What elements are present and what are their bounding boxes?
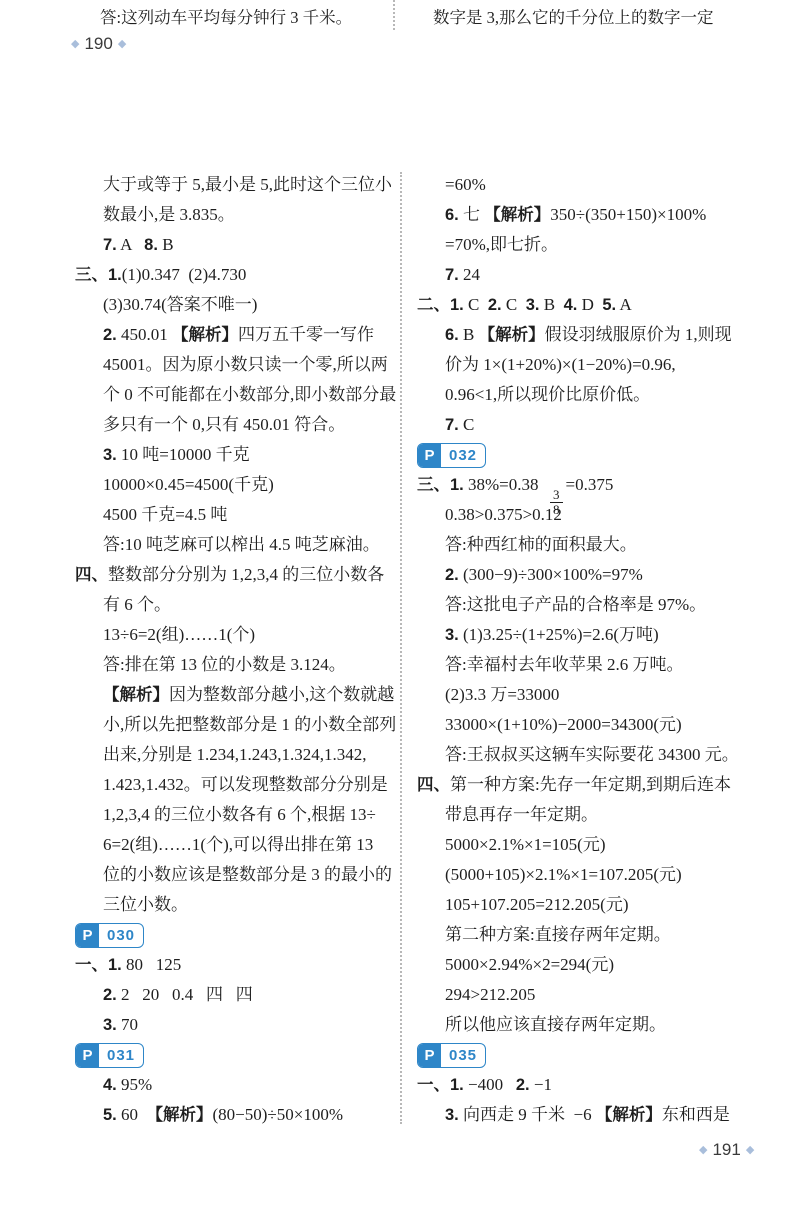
section-marker: 一、: [417, 1076, 450, 1094]
text-run: 38%=0.38: [464, 475, 547, 494]
content-line: 6=2(组)……1(个),可以得出排在第 13: [75, 830, 397, 860]
content-line: 多只有一个 0,只有 450.01 符合。: [75, 410, 397, 440]
content-line: 小,所以先把整数部分是 1 的小数全部列: [75, 710, 397, 740]
answers-column-right: =60%6. 七 【解析】350÷(350+150)×100%=70%,即七折。…: [417, 170, 765, 1130]
page-ref-badge-pill: P032: [417, 443, 486, 468]
text-run: =0.375: [566, 475, 614, 494]
text-run: (2)3.3 万=33000: [445, 685, 559, 704]
text-run: 60: [117, 1105, 147, 1124]
content-line: 5. 60 【解析】(80−50)÷50×100%: [75, 1100, 397, 1130]
page-ref-badge: P035: [417, 1040, 765, 1070]
text-run: 答:幸福村去年收苹果 2.6 万吨。: [445, 655, 683, 674]
text-run: 出来,分别是 1.234,1.243,1.324,1.342,: [103, 745, 367, 764]
diamond-icon: ◆: [66, 38, 84, 50]
content-line: 三、1. 38%=0.38 38=0.375: [417, 470, 765, 500]
text-run: 10 吨=10000 千克: [117, 445, 250, 464]
text-run: =70%,即七折。: [445, 235, 558, 254]
bold-run: 【解析】: [103, 686, 169, 704]
content-line: 数最小,是 3.835。: [75, 200, 397, 230]
page-ref-badge: P031: [75, 1040, 397, 1070]
text-run: 24: [459, 265, 480, 284]
text-run: 整数部分分别为 1,2,3,4 的三位小数各: [108, 565, 384, 584]
content-line: 2. 450.01 【解析】四万五千零一写作: [75, 320, 397, 350]
text-run: (80−50)÷50×100%: [213, 1105, 344, 1124]
page-ref-badge: P032: [417, 440, 765, 470]
text-run: 答:排在第 13 位的小数是 3.124。: [103, 655, 346, 674]
content-line: 6. 七 【解析】350÷(350+150)×100%: [417, 200, 765, 230]
badge-p-icon: P: [76, 1044, 99, 1067]
content-line: 所以他应该直接存两年定期。: [417, 1010, 765, 1040]
text-run: 假设羽绒服原价为 1,则现: [545, 325, 732, 344]
content-line: 1.423,1.432。可以发现整数部分分别是: [75, 770, 397, 800]
content-line: 二、1. C 2. C 3. B 4. D 5. A: [417, 290, 765, 320]
text-run: (1)0.347 (2)4.730: [122, 265, 247, 284]
text-run: 七: [459, 205, 485, 224]
content-line: 一、1. 80 125: [75, 950, 397, 980]
badge-p-icon: P: [418, 1044, 441, 1067]
bold-run: 3.: [526, 296, 540, 314]
text-run: 0.38>0.375>0.12: [445, 505, 562, 524]
content-line: (3)30.74(答案不唯一): [75, 290, 397, 320]
text-run: 多只有一个 0,只有 450.01 符合。: [103, 415, 345, 434]
bold-run: 5.: [103, 1106, 117, 1124]
text-run: −400: [464, 1075, 516, 1094]
text-run: 1,2,3,4 的三位小数各有 6 个,根据 13÷: [103, 805, 376, 824]
bold-run: 【解析】: [172, 326, 238, 344]
bold-run: 【解析】: [596, 1106, 662, 1124]
text-run: 6=2(组)……1(个),可以得出排在第 13: [103, 835, 373, 854]
content-line: =70%,即七折。: [417, 230, 765, 260]
bold-run: 2.: [488, 296, 502, 314]
bold-run: 1.: [450, 1076, 464, 1094]
text-run: 350÷(350+150)×100%: [550, 205, 706, 224]
content-line: 4500 千克=4.5 吨: [75, 500, 397, 530]
text-run: 5000×2.1%×1=105(元): [445, 835, 606, 854]
diamond-icon: ◆: [741, 1144, 759, 1156]
page-number-bottom: ◆191◆: [694, 1140, 759, 1160]
text-run: 10000×0.45=4500(千克): [103, 475, 274, 494]
bold-run: 【解析】: [484, 206, 550, 224]
bold-run: 5.: [602, 296, 616, 314]
content-line: 出来,分别是 1.234,1.243,1.324,1.342,: [75, 740, 397, 770]
bold-run: 【解析】: [479, 326, 545, 344]
text-run: 有 6 个。: [103, 595, 171, 614]
bold-run: 3.: [103, 446, 117, 464]
content-line: 个 0 不可能都在小数部分,即小数部分最: [75, 380, 397, 410]
text-run: A: [616, 295, 632, 314]
content-line: 位的小数应该是整数部分是 3 的最小的: [75, 860, 397, 890]
text-run: 第一种方案:先存一年定期,到期后连本: [450, 775, 731, 794]
content-line: 0.38>0.375>0.12: [417, 500, 765, 530]
text-run: A: [117, 235, 144, 254]
bold-run: 6.: [445, 326, 459, 344]
bold-run: 7.: [103, 236, 117, 254]
text-run: 小,所以先把整数部分是 1 的小数全部列: [103, 715, 396, 734]
content-line: 答:这批电子产品的合格率是 97%。: [417, 590, 765, 620]
content-line: 294>212.205: [417, 980, 765, 1010]
text-run: 答:种西红柿的面积最大。: [445, 535, 637, 554]
section-marker: 三、: [75, 266, 108, 284]
content-line: 6. B 【解析】假设羽绒服原价为 1,则现: [417, 320, 765, 350]
content-line: 四、第一种方案:先存一年定期,到期后连本: [417, 770, 765, 800]
text-run: 东和西是: [662, 1105, 730, 1124]
text-run: −1: [530, 1075, 552, 1094]
text-run: D: [577, 295, 602, 314]
bold-run: 4.: [103, 1076, 117, 1094]
content-line: 三、1.(1)0.347 (2)4.730: [75, 260, 397, 290]
bold-run: 2.: [103, 986, 117, 1004]
text-run: 答:10 吨芝麻可以榨出 4.5 吨芝麻油。: [103, 535, 380, 554]
section-marker: 二、: [417, 296, 450, 314]
page-ref-badge: P030: [75, 920, 397, 950]
text-run: 105+107.205=212.205(元): [445, 895, 629, 914]
bold-run: 3.: [103, 1016, 117, 1034]
page-number-top: ◆190◆: [66, 34, 131, 54]
text-run: (5000+105)×2.1%×1=107.205(元): [445, 865, 682, 884]
text-run: 33000×(1+10%)−2000=34300(元): [445, 715, 682, 734]
content-line: 3. (1)3.25÷(1+25%)=2.6(万吨): [417, 620, 765, 650]
content-line: (2)3.3 万=33000: [417, 680, 765, 710]
page-ref-badge-pill: P031: [75, 1043, 144, 1068]
bold-run: 7.: [445, 266, 459, 284]
section-marker: 一、: [75, 956, 108, 974]
text-run: 4500 千克=4.5 吨: [103, 505, 227, 524]
column-divider-top: [393, 0, 395, 30]
header-carryover-left: 答:这列动车平均每分钟行 3 千米。: [100, 4, 352, 28]
bold-run: 3.: [445, 1106, 459, 1124]
bold-run: 2.: [445, 566, 459, 584]
content-line: 答:王叔叔买这辆车实际要花 34300 元。: [417, 740, 765, 770]
text-run: 13÷6=2(组)……1(个): [103, 625, 255, 644]
text-run: B: [539, 295, 563, 314]
page-number-bottom-value: 191: [712, 1140, 740, 1159]
diamond-icon: ◆: [113, 38, 131, 50]
bold-run: 4.: [564, 296, 578, 314]
content-line: 33000×(1+10%)−2000=34300(元): [417, 710, 765, 740]
content-line: 三位小数。: [75, 890, 397, 920]
section-marker: 四、: [417, 776, 450, 794]
content-line: 7. 24: [417, 260, 765, 290]
diamond-icon: ◆: [694, 1144, 712, 1156]
content-line: 有 6 个。: [75, 590, 397, 620]
bold-run: 1.: [450, 476, 464, 494]
text-run: 数最小,是 3.835。: [103, 205, 235, 224]
text-run: 位的小数应该是整数部分是 3 的最小的: [103, 865, 392, 884]
content-line: 答:种西红柿的面积最大。: [417, 530, 765, 560]
answers-column-left: 大于或等于 5,最小是 5,此时这个三位小数最小,是 3.835。7. A 8.…: [75, 170, 397, 1130]
content-line: 大于或等于 5,最小是 5,此时这个三位小: [75, 170, 397, 200]
text-run: 2 20 0.4 四 四: [117, 985, 253, 1004]
badge-p-icon: P: [76, 924, 99, 947]
content-line: 5000×2.94%×2=294(元): [417, 950, 765, 980]
content-line: 答:幸福村去年收苹果 2.6 万吨。: [417, 650, 765, 680]
page-number-top-value: 190: [84, 34, 112, 53]
content-line: 第二种方案:直接存两年定期。: [417, 920, 765, 950]
text-run: =60%: [445, 175, 486, 194]
text-run: 价为 1×(1+20%)×(1−20%)=0.96,: [445, 355, 676, 374]
badge-page-number: 030: [99, 924, 143, 947]
page-ref-badge-pill: P035: [417, 1043, 486, 1068]
bold-run: 1.: [450, 296, 464, 314]
content-line: =60%: [417, 170, 765, 200]
badge-page-number: 032: [441, 444, 485, 467]
text-run: 5000×2.94%×2=294(元): [445, 955, 614, 974]
content-line: 2. 2 20 0.4 四 四: [75, 980, 397, 1010]
section-marker: 三、: [417, 476, 450, 494]
text-run: 1.423,1.432。可以发现整数部分分别是: [103, 775, 388, 794]
workbook-answer-page: 答:这列动车平均每分钟行 3 千米。 数字是 3,那么它的千分位上的数字一定 ◆…: [0, 0, 790, 1232]
text-run: C: [502, 295, 526, 314]
text-run: 带息再存一年定期。: [445, 805, 598, 824]
bold-run: 1.: [108, 956, 122, 974]
text-run: 95%: [117, 1075, 152, 1094]
content-line: 2. (300−9)÷300×100%=97%: [417, 560, 765, 590]
text-run: 三位小数。: [103, 895, 188, 914]
text-run: 70: [117, 1015, 138, 1034]
text-run: 450.01: [117, 325, 172, 344]
content-line: 3. 70: [75, 1010, 397, 1040]
content-line: 5000×2.1%×1=105(元): [417, 830, 765, 860]
text-run: 大于或等于 5,最小是 5,此时这个三位小: [103, 175, 392, 194]
content-line: 答:10 吨芝麻可以榨出 4.5 吨芝麻油。: [75, 530, 397, 560]
content-line: 45001。因为原小数只读一个零,所以两: [75, 350, 397, 380]
text-run: (300−9)÷300×100%=97%: [459, 565, 643, 584]
column-divider: [400, 172, 402, 1124]
bold-run: 7.: [445, 416, 459, 434]
text-run: 答:这批电子产品的合格率是 97%。: [445, 595, 706, 614]
text-run: (3)30.74(答案不唯一): [103, 295, 257, 314]
text-run: C: [464, 295, 488, 314]
content-line: (5000+105)×2.1%×1=107.205(元): [417, 860, 765, 890]
content-line: 3. 10 吨=10000 千克: [75, 440, 397, 470]
content-line: 10000×0.45=4500(千克): [75, 470, 397, 500]
text-run: 答:王叔叔买这辆车实际要花 34300 元。: [445, 745, 739, 764]
text-run: 45001。因为原小数只读一个零,所以两: [103, 355, 388, 374]
bold-run: 3.: [445, 626, 459, 644]
content-line: 1,2,3,4 的三位小数各有 6 个,根据 13÷: [75, 800, 397, 830]
text-run: 0.96<1,所以现价比原价低。: [445, 385, 650, 404]
content-line: 【解析】因为整数部分越小,这个数就越: [75, 680, 397, 710]
text-run: B: [158, 235, 174, 254]
content-line: 4. 95%: [75, 1070, 397, 1100]
text-run: 80 125: [122, 955, 182, 974]
text-run: (1)3.25÷(1+25%)=2.6(万吨): [459, 625, 659, 644]
text-run: C: [459, 415, 475, 434]
bold-run: 【解析】: [147, 1106, 213, 1124]
text-run: 个 0 不可能都在小数部分,即小数部分最: [103, 385, 396, 404]
text-run: B: [459, 325, 479, 344]
header-carryover-right: 数字是 3,那么它的千分位上的数字一定: [433, 4, 714, 28]
bold-run: 2.: [516, 1076, 530, 1094]
content-line: 7. C: [417, 410, 765, 440]
content-line: 13÷6=2(组)……1(个): [75, 620, 397, 650]
section-marker: 四、: [75, 566, 108, 584]
text-run: 向西走 9 千米 −6: [459, 1105, 596, 1124]
content-line: 答:排在第 13 位的小数是 3.124。: [75, 650, 397, 680]
content-line: 0.96<1,所以现价比原价低。: [417, 380, 765, 410]
content-line: 四、整数部分分别为 1,2,3,4 的三位小数各: [75, 560, 397, 590]
badge-p-icon: P: [418, 444, 441, 467]
badge-page-number: 035: [441, 1044, 485, 1067]
content-line: 一、1. −400 2. −1: [417, 1070, 765, 1100]
bold-run: 2.: [103, 326, 117, 344]
bold-run: 8.: [144, 236, 158, 254]
bold-run: 1.: [108, 266, 122, 284]
content-line: 带息再存一年定期。: [417, 800, 765, 830]
bold-run: 6.: [445, 206, 459, 224]
content-line: 105+107.205=212.205(元): [417, 890, 765, 920]
text-run: 第二种方案:直接存两年定期。: [445, 925, 671, 944]
text-run: 所以他应该直接存两年定期。: [445, 1015, 666, 1034]
badge-page-number: 031: [99, 1044, 143, 1067]
text-run: 四万五千零一写作: [238, 325, 374, 344]
text-run: 294>212.205: [445, 985, 535, 1004]
content-line: 3. 向西走 9 千米 −6 【解析】东和西是: [417, 1100, 765, 1130]
content-line: 7. A 8. B: [75, 230, 397, 260]
content-line: 价为 1×(1+20%)×(1−20%)=0.96,: [417, 350, 765, 380]
page-ref-badge-pill: P030: [75, 923, 144, 948]
text-run: 因为整数部分越小,这个数就越: [169, 685, 394, 704]
